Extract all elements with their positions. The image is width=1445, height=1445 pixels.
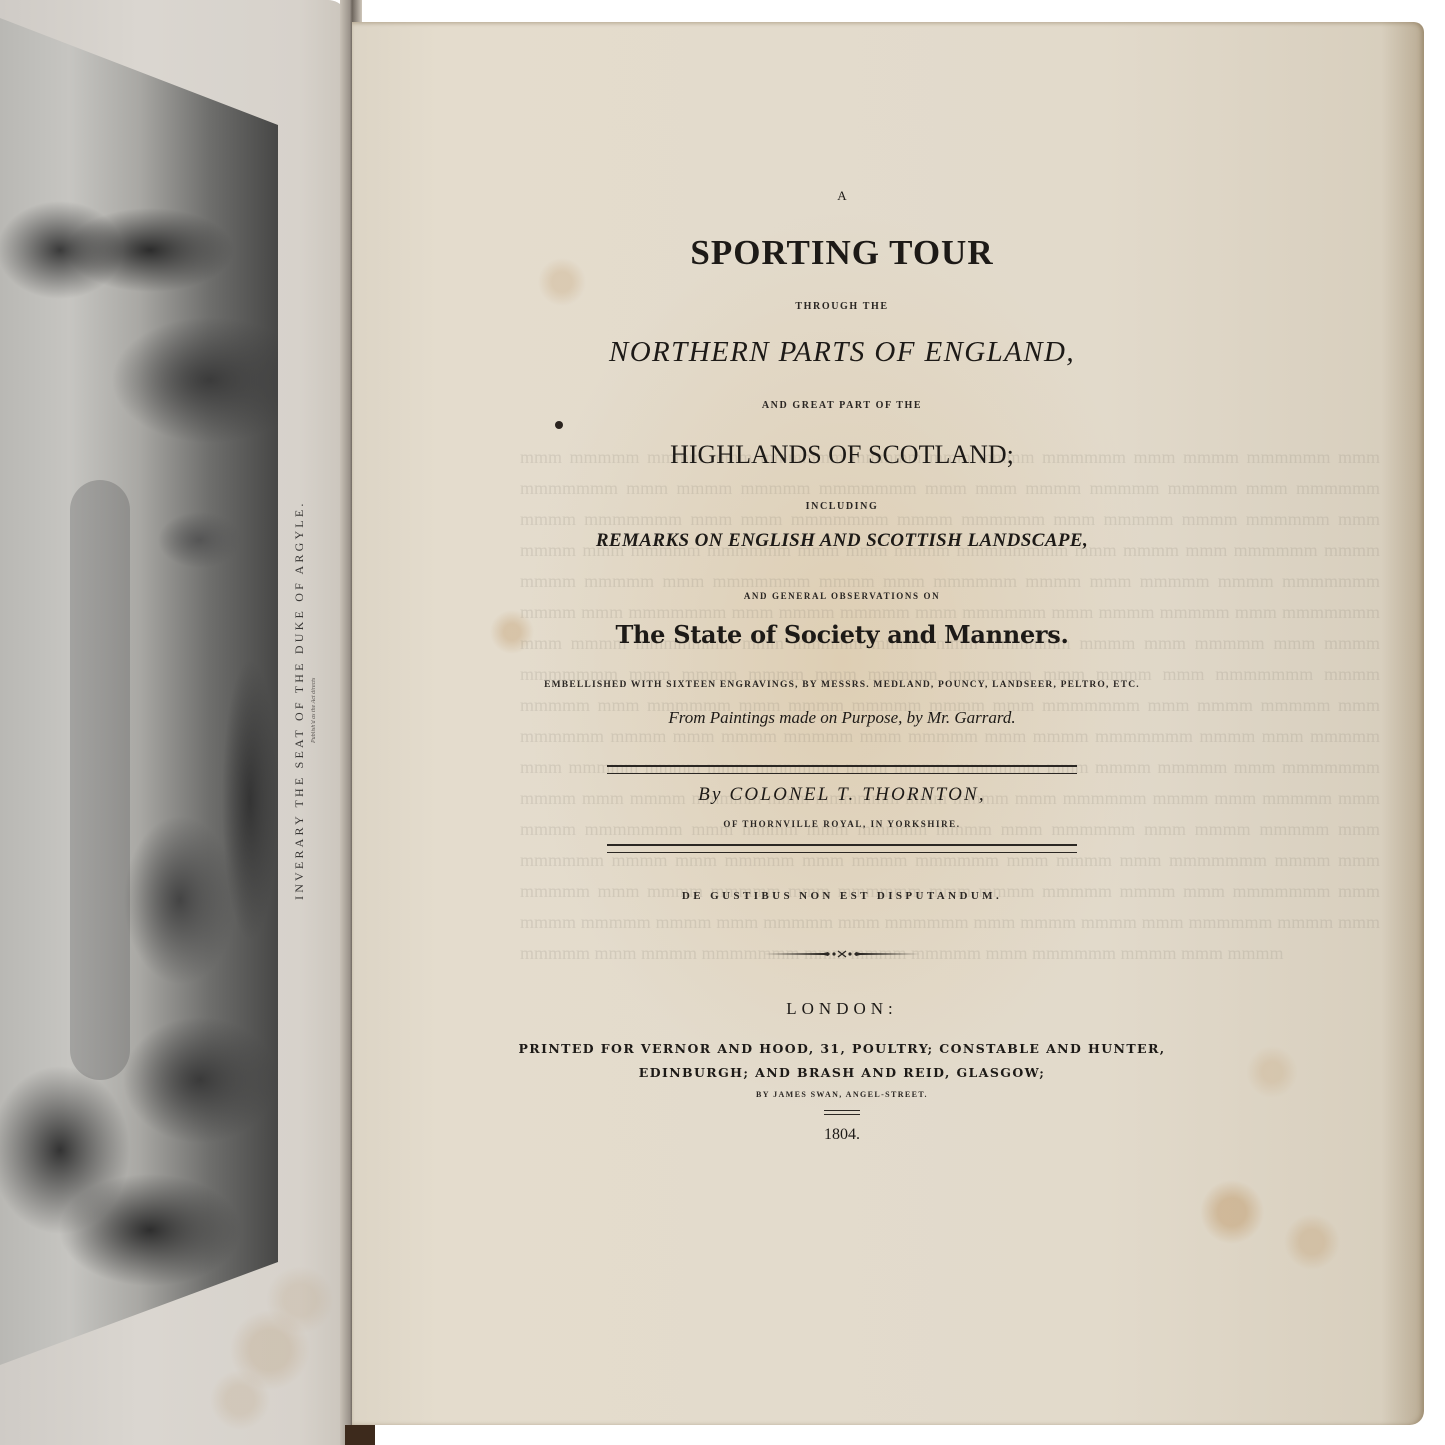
landscape-engraving — [0, 0, 278, 1445]
short-double-rule — [824, 1110, 860, 1115]
engravings-credit: EMBELLISHED WITH SIXTEEN ENGRAVINGS, BY … — [474, 680, 1210, 690]
imprint-year: 1804. — [502, 1126, 1182, 1144]
plate-caption: INVERARY THE SEAT OF THE DUKE OF ARGYLE. — [288, 430, 310, 970]
printers-ornament-icon — [764, 949, 920, 959]
author-residence: OF THORNVILLE ROYAL, IN YORKSHIRE. — [502, 819, 1182, 829]
double-rule-bottom — [607, 844, 1077, 853]
subtitle-observations: AND GENERAL OBSERVATIONS ON — [502, 591, 1182, 601]
engraving-lake-horizon — [70, 480, 130, 1080]
subtitle-remarks: REMARKS ON ENGLISH AND SCOTTISH LANDSCAP… — [502, 530, 1182, 552]
frontispiece-page: INVERARY THE SEAT OF THE DUKE OF ARGYLE.… — [0, 0, 352, 1445]
binding-edge — [345, 1425, 375, 1445]
imprint-city: LONDON: — [502, 999, 1182, 1019]
author-line: By COLONEL T. THORNTON, — [502, 784, 1182, 806]
subtitle-including: INCLUDING — [502, 501, 1182, 512]
imprint-publishers-line-1: PRINTED FOR VERNOR AND HOOD, 31, POULTRY… — [462, 1041, 1222, 1056]
double-rule-top — [607, 765, 1077, 774]
subtitle-blackletter-society: The State of Society and Manners. — [502, 620, 1182, 649]
title-article: A — [502, 188, 1182, 204]
subtitle-highlands: HIGHLANDS OF SCOTLAND; — [502, 440, 1182, 470]
plate-imprint: Publish'd as the Act directs — [309, 580, 319, 840]
imprint-publishers-line-2: EDINBURGH; AND BRASH AND REID, GLASGOW; — [502, 1065, 1182, 1080]
main-title: SPORTING TOUR — [502, 233, 1182, 273]
imprint-printer: BY JAMES SWAN, ANGEL-STREET. — [502, 1090, 1182, 1099]
latin-motto: DE GUSTIBUS NON EST DISPUTANDUM. — [502, 890, 1182, 902]
paintings-credit: From Paintings made on Purpose, by Mr. G… — [502, 708, 1182, 728]
subtitle-great-part: AND GREAT PART OF THE — [502, 400, 1182, 411]
ink-blemish — [555, 421, 563, 429]
subtitle-through: THROUGH THE — [502, 301, 1182, 312]
title-page: mmm mmmmm mmmm mmm mmmmmm mmmmm mmm mmmm… — [352, 22, 1424, 1425]
subtitle-northern-england: NORTHERN PARTS OF ENGLAND, — [502, 336, 1182, 369]
